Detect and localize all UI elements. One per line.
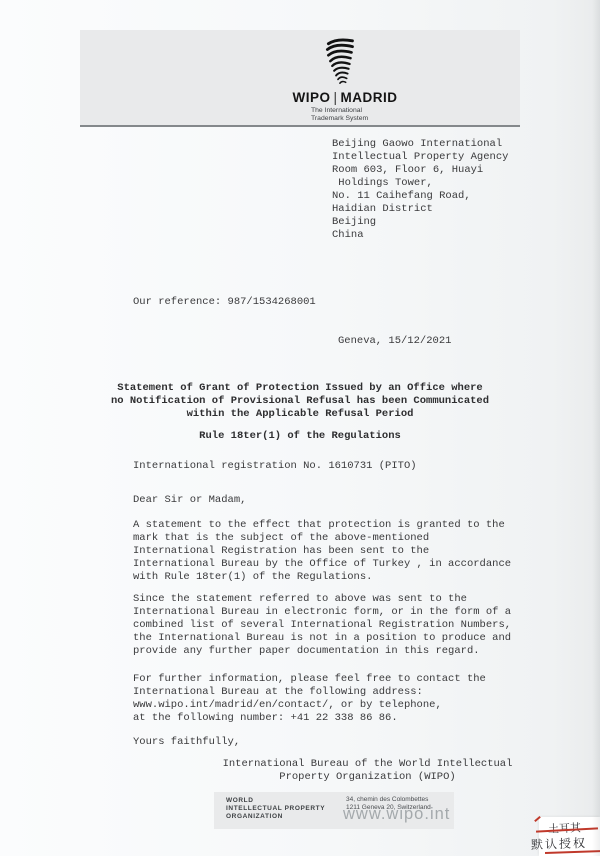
signature-block: International Bureau of the World Intell… — [200, 758, 535, 784]
dateline: Geneva, 15/12/2021 — [338, 335, 451, 348]
scan-edge-shadow — [592, 0, 600, 856]
rule-heading: Rule 18ter(1) of the Regulations — [0, 430, 600, 443]
brand-program: MADRID — [341, 90, 398, 105]
closing-line: Yours faithfully, — [133, 736, 240, 749]
letter-page: WIPO|MADRID The International Trademark … — [0, 0, 600, 856]
paragraph-1: A statement to the effect that protectio… — [133, 519, 511, 584]
paragraph-3: For further information, please feel fre… — [133, 673, 486, 725]
salutation: Dear Sir or Madam, — [133, 494, 246, 507]
handwritten-note: 土耳其 默认授权 — [539, 817, 600, 856]
registration-line: International registration No. 1610731 (… — [133, 460, 417, 473]
annotation-tick-mark — [534, 816, 541, 822]
paragraph-2: Since the statement referred to above wa… — [133, 593, 511, 658]
letterhead-band: WIPO|MADRID The International Trademark … — [80, 30, 520, 127]
reference-line: Our reference: 987/1534268001 — [133, 296, 316, 309]
footer-org-name: WORLD INTELLECTUAL PROPERTY ORGANIZATION — [226, 797, 325, 821]
wipo-logo-icon — [320, 37, 356, 89]
footer-band: WORLD INTELLECTUAL PROPERTY ORGANIZATION… — [214, 792, 454, 829]
letter-title: Statement of Grant of Protection Issued … — [0, 382, 600, 421]
brand-divider-icon: | — [330, 90, 340, 105]
brand-tagline: The International Trademark System — [311, 107, 368, 123]
recipient-address: Beijing Gaowo International Intellectual… — [332, 138, 508, 242]
brand-name: WIPO — [292, 90, 330, 105]
brand-lockup: WIPO|MADRID — [245, 90, 445, 105]
footer-website: www.wipo.int — [343, 805, 450, 824]
